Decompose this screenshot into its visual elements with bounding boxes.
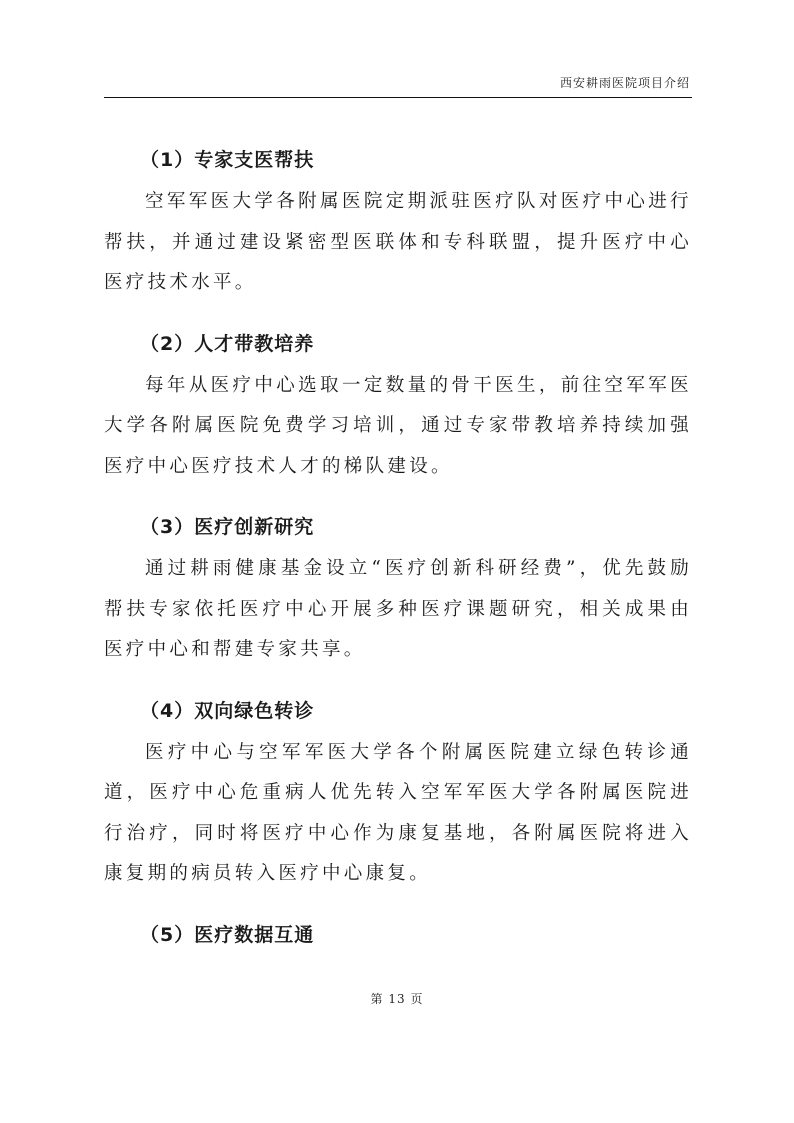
section-data-sharing: （5）医疗数据互通: [104, 913, 692, 957]
section-medical-innovation: （3）医疗创新研究 通过耕雨健康基金设立“医疗创新科研经费”，优先鼓励帮扶专家依…: [104, 505, 692, 671]
section-paragraph: 每年从医疗中心选取一定数量的骨干医生，前往空军军医大学各附属医院免费学习培训，通…: [104, 366, 692, 488]
section-paragraph: 通过耕雨健康基金设立“医疗创新科研经费”，优先鼓励帮扶专家依托医疗中心开展多种医…: [104, 549, 692, 671]
section-heading: （1）专家支医帮扶: [140, 138, 692, 182]
section-heading: （2）人才带教培养: [140, 322, 692, 366]
header-title: 西安耕雨医院项目介绍: [560, 74, 690, 91]
section-paragraph: 医疗中心与空军军医大学各个附属医院建立绿色转诊通道，医疗中心危重病人优先转入空军…: [104, 733, 692, 895]
section-heading: （5）医疗数据互通: [140, 913, 692, 957]
page-number: 第 13 页: [0, 990, 794, 1007]
header-divider: [104, 97, 692, 98]
section-green-referral: （4）双向绿色转诊 医疗中心与空军军医大学各个附属医院建立绿色转诊通道，医疗中心…: [104, 689, 692, 895]
section-talent-training: （2）人才带教培养 每年从医疗中心选取一定数量的骨干医生，前往空军军医大学各附属…: [104, 322, 692, 488]
section-expert-support: （1）专家支医帮扶 空军军医大学各附属医院定期派驻医疗队对医疗中心进行帮扶，并通…: [104, 138, 692, 304]
section-heading: （4）双向绿色转诊: [140, 689, 692, 733]
document-body: （1）专家支医帮扶 空军军医大学各附属医院定期派驻医疗队对医疗中心进行帮扶，并通…: [104, 138, 692, 957]
section-heading: （3）医疗创新研究: [140, 505, 692, 549]
section-paragraph: 空军军医大学各附属医院定期派驻医疗队对医疗中心进行帮扶，并通过建设紧密型医联体和…: [104, 182, 692, 304]
